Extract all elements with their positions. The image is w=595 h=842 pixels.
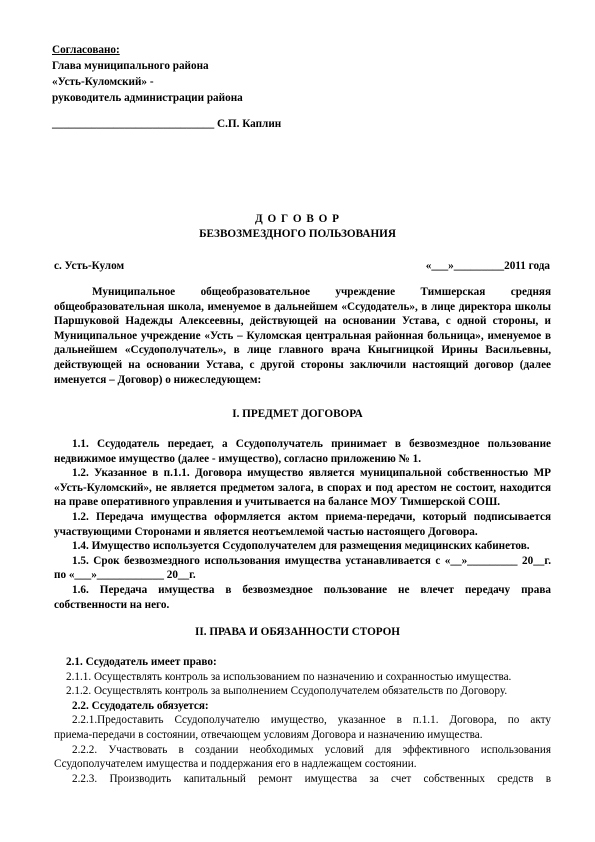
preamble-line: Муниципальное общеобразовательное учрежд… bbox=[54, 285, 551, 300]
preamble-line: Паршуковой Надежды Алексеевны, действующ… bbox=[54, 314, 551, 329]
preamble-line: дальнейшем «Ссудополучатель», в лице гла… bbox=[54, 343, 551, 358]
preamble-paragraph: Муниципальное общеобразовательное учрежд… bbox=[54, 285, 551, 387]
clause-line: 1.4. Имущество используется Ссудополучат… bbox=[54, 539, 551, 554]
clause-line: 1.2. Передача имущества оформляется акто… bbox=[54, 510, 551, 525]
document-title: Д О Г О В О Р bbox=[0, 212, 595, 226]
clause-line: 1.2. Указанное в п.1.1. Договора имущест… bbox=[54, 466, 551, 481]
clause-line: 2.2.2. Участвовать в создании необходимы… bbox=[54, 743, 551, 758]
clause-line: Ссудополучателем имущества и поддержания… bbox=[54, 757, 551, 772]
clause-line: 2.2.1.Предоставить Ссудополучателю имуще… bbox=[54, 713, 551, 728]
clause-line: недвижимое имущество (далее - имущество)… bbox=[54, 452, 551, 467]
clause-subheading: 2.2. Ссудодатель обязуется: bbox=[54, 699, 551, 714]
clause-line: 1.1. Ссудодатель передает, а Ссудополуча… bbox=[54, 437, 551, 452]
section-1-body: 1.1. Ссудодатель передает, а Ссудополуча… bbox=[54, 437, 551, 612]
clause-line: 2.2.3. Производить капитальный ремонт им… bbox=[54, 772, 551, 787]
clause-line: 1.5. Срок безвозмездного использования и… bbox=[54, 554, 551, 569]
document-subtitle: БЕЗВОЗМЕЗДНОГО ПОЛЬЗОВАНИЯ bbox=[0, 227, 595, 241]
approval-line-1: Глава муниципального района bbox=[52, 59, 209, 73]
clause-subheading: 2.1. Ссудодатель имеет право: bbox=[54, 655, 551, 670]
contract-place: с. Усть-Кулом bbox=[54, 259, 124, 273]
clause-line: на праве оперативного управления и учиты… bbox=[54, 495, 551, 510]
clause-line: 2.1.2. Осуществлять контроль за выполнен… bbox=[54, 684, 551, 699]
approval-label: Согласовано: bbox=[52, 43, 120, 57]
contract-date: «___»_________2011 года bbox=[426, 259, 550, 273]
clause-line: по «___»____________ 20__г. bbox=[54, 568, 551, 583]
approval-line-3: руководитель администрации района bbox=[52, 91, 243, 105]
section-2-body: 2.1. Ссудодатель имеет право: 2.1.1. Осу… bbox=[54, 655, 551, 786]
clause-line: 1.6. Передача имущества в безвозмездное … bbox=[54, 583, 551, 598]
document-page: Согласовано: Глава муниципального района… bbox=[0, 0, 595, 842]
clause-line: «Усть-Куломский», не является предметом … bbox=[54, 481, 551, 496]
preamble-line: общеобразовательная школа, именуемое в д… bbox=[54, 300, 551, 315]
clause-line: участвующими Сторонами и является неотъе… bbox=[54, 525, 551, 540]
clause-line: 2.1.1. Осуществлять контроль за использо… bbox=[54, 670, 551, 685]
clause-line: приема-передачи в состоянии, отвечающем … bbox=[54, 728, 551, 743]
approval-line-2: «Усть-Куломский» - bbox=[52, 75, 154, 89]
preamble-line: Муниципальное учреждение «Усть – Куломск… bbox=[54, 329, 551, 344]
signature-line: _____________________________ С.П. Капли… bbox=[52, 117, 281, 131]
preamble-line: действующей на основании Устава, с друго… bbox=[54, 358, 551, 373]
preamble-line: именуется – Договор) о нижеследующем: bbox=[54, 373, 551, 388]
section-1-heading: I. ПРЕДМЕТ ДОГОВОРА bbox=[0, 407, 595, 421]
clause-line: собственности на него. bbox=[54, 598, 551, 613]
section-2-heading: II. ПРАВА И ОБЯЗАННОСТИ СТОРОН bbox=[0, 625, 595, 639]
